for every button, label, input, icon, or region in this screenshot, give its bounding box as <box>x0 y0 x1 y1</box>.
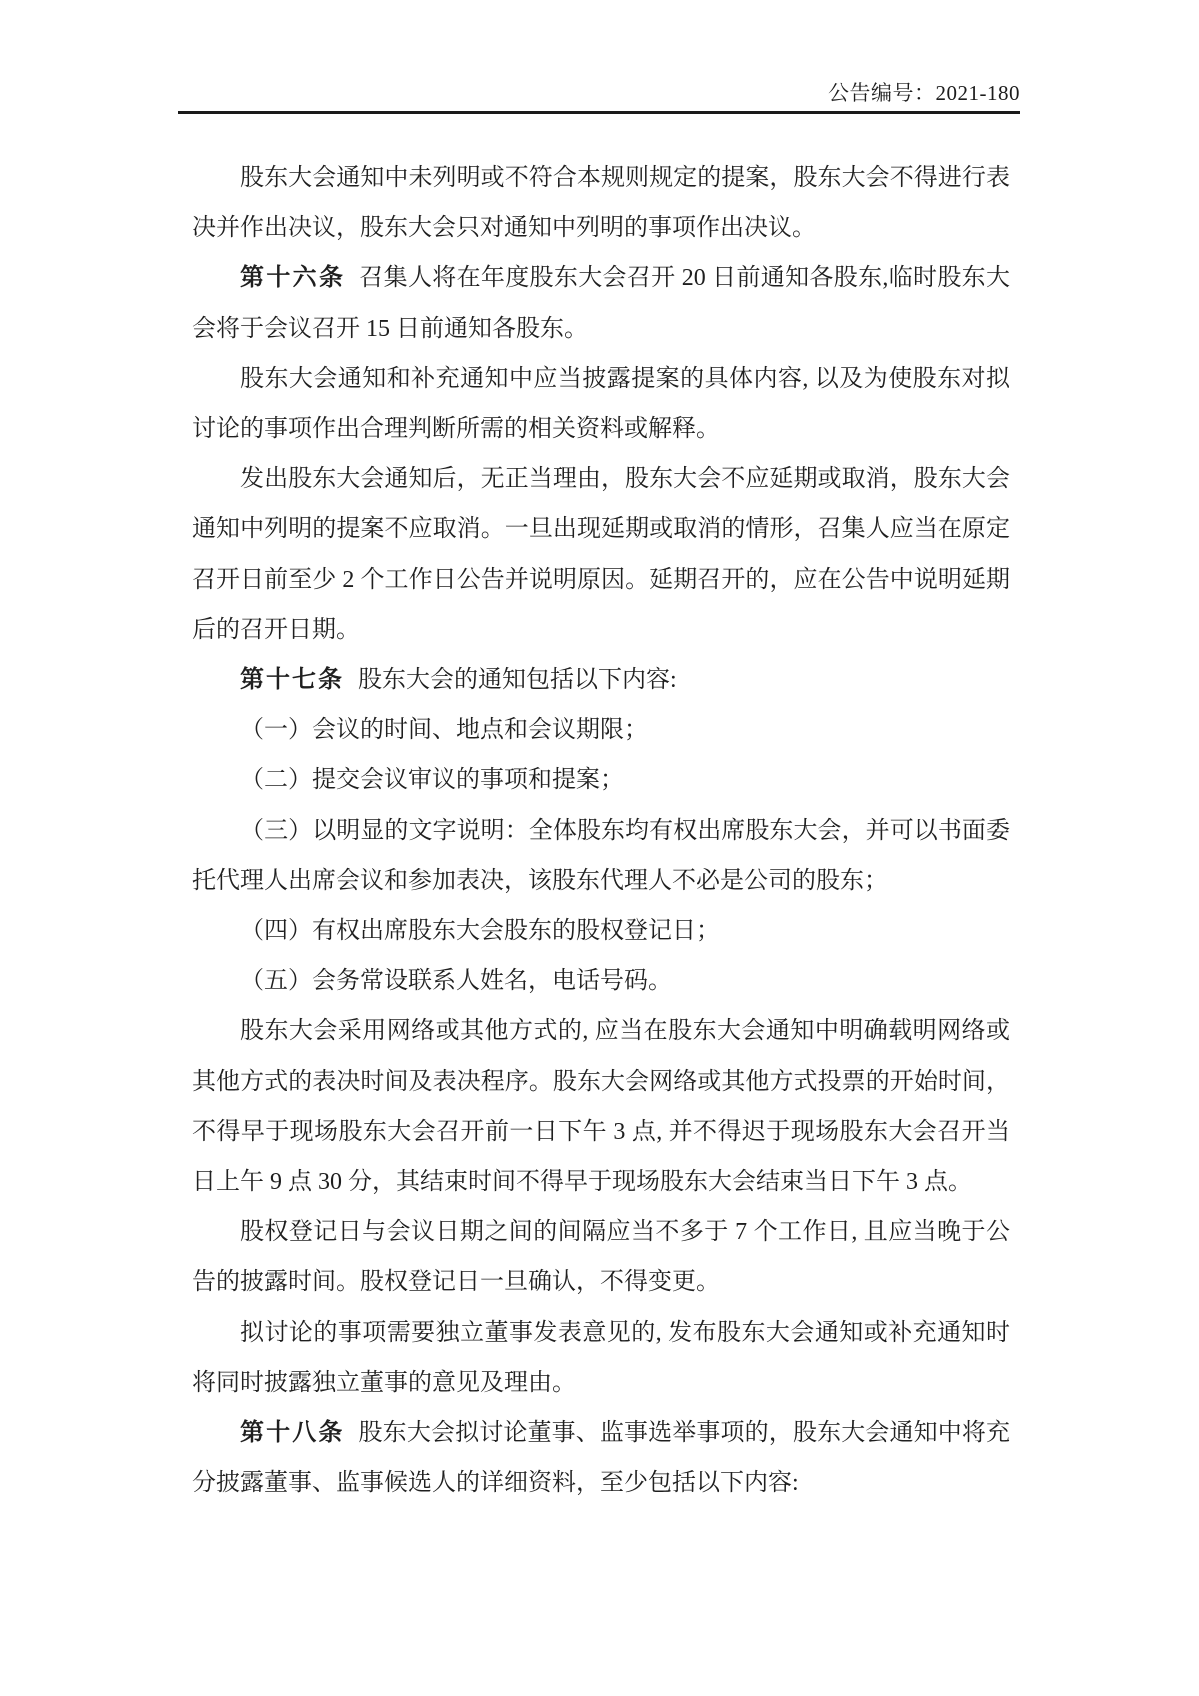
paragraph: （五）会务常设联系人姓名，电话号码。 <box>192 956 1010 1006</box>
header-rule <box>178 111 1020 114</box>
paragraph: 拟讨论的事项需要独立董事发表意见的, 发布股东大会通知或补充通知时将同时披露独立… <box>192 1308 1010 1408</box>
paragraph: 第十八条股东大会拟讨论董事、监事选举事项的，股东大会通知中将充分披露董事、监事候… <box>192 1408 1010 1508</box>
paragraph: 股东大会通知和补充通知中应当披露提案的具体内容, 以及为使股东对拟讨论的事项作出… <box>192 354 1010 454</box>
paragraph-text: 股东大会的通知包括以下内容: <box>358 667 677 693</box>
paragraph: （二）提交会议审议的事项和提案； <box>192 755 1010 805</box>
paragraph-text: 股东大会采用网络或其他方式的, 应当在股东大会通知中明确载明网络或其他方式的表决… <box>192 1018 1010 1195</box>
paragraph-text: （三）以明显的文字说明：全体股东均有权出席股东大会，并可以书面委托代理人出席会议… <box>192 818 1010 894</box>
paragraph: 股东大会通知中未列明或不符合本规则规定的提案，股东大会不得进行表决并作出决议，股… <box>192 153 1010 253</box>
paragraph-text: 股权登记日与会议日期之间的间隔应当不多于 7 个工作日, 且应当晚于公告的披露时… <box>192 1219 1010 1295</box>
paragraph: （一）会议的时间、地点和会议期限； <box>192 705 1010 755</box>
document-page: 公告编号：2021-180 股东大会通知中未列明或不符合本规则规定的提案，股东大… <box>0 0 1199 1696</box>
article-term: 第十七条 <box>240 667 344 693</box>
paragraph-text: （二）提交会议审议的事项和提案； <box>240 767 624 793</box>
paragraph: （三）以明显的文字说明：全体股东均有权出席股东大会，并可以书面委托代理人出席会议… <box>192 806 1010 906</box>
paragraph-text: （五）会务常设联系人姓名，电话号码。 <box>240 968 672 994</box>
paragraph: 第十六条召集人将在年度股东大会召开 20 日前通知各股东,临时股东大会将于会议召… <box>192 253 1010 353</box>
paragraph: 第十七条股东大会的通知包括以下内容: <box>192 655 1010 705</box>
document-body: 股东大会通知中未列明或不符合本规则规定的提案，股东大会不得进行表决并作出决议，股… <box>192 153 1010 1508</box>
paragraph: （四）有权出席股东大会股东的股权登记日； <box>192 906 1010 956</box>
article-term: 第十八条 <box>240 1420 345 1446</box>
paragraph: 发出股东大会通知后，无正当理由，股东大会不应延期或取消，股东大会通知中列明的提案… <box>192 454 1010 655</box>
paragraph-text: 发出股东大会通知后，无正当理由，股东大会不应延期或取消，股东大会通知中列明的提案… <box>192 466 1010 643</box>
article-term: 第十六条 <box>240 265 345 291</box>
announcement-number: 公告编号：2021-180 <box>178 80 1020 106</box>
paragraph-text: （四）有权出席股东大会股东的股权登记日； <box>240 918 720 944</box>
paragraph-text: 股东大会通知中未列明或不符合本规则规定的提案，股东大会不得进行表决并作出决议，股… <box>192 165 1010 241</box>
paragraph-text: 拟讨论的事项需要独立董事发表意见的, 发布股东大会通知或补充通知时将同时披露独立… <box>192 1320 1010 1396</box>
paragraph: 股权登记日与会议日期之间的间隔应当不多于 7 个工作日, 且应当晚于公告的披露时… <box>192 1207 1010 1307</box>
paragraph-text: 股东大会通知和补充通知中应当披露提案的具体内容, 以及为使股东对拟讨论的事项作出… <box>192 366 1010 442</box>
paragraph-text: （一）会议的时间、地点和会议期限； <box>240 717 648 743</box>
paragraph: 股东大会采用网络或其他方式的, 应当在股东大会通知中明确载明网络或其他方式的表决… <box>192 1006 1010 1207</box>
